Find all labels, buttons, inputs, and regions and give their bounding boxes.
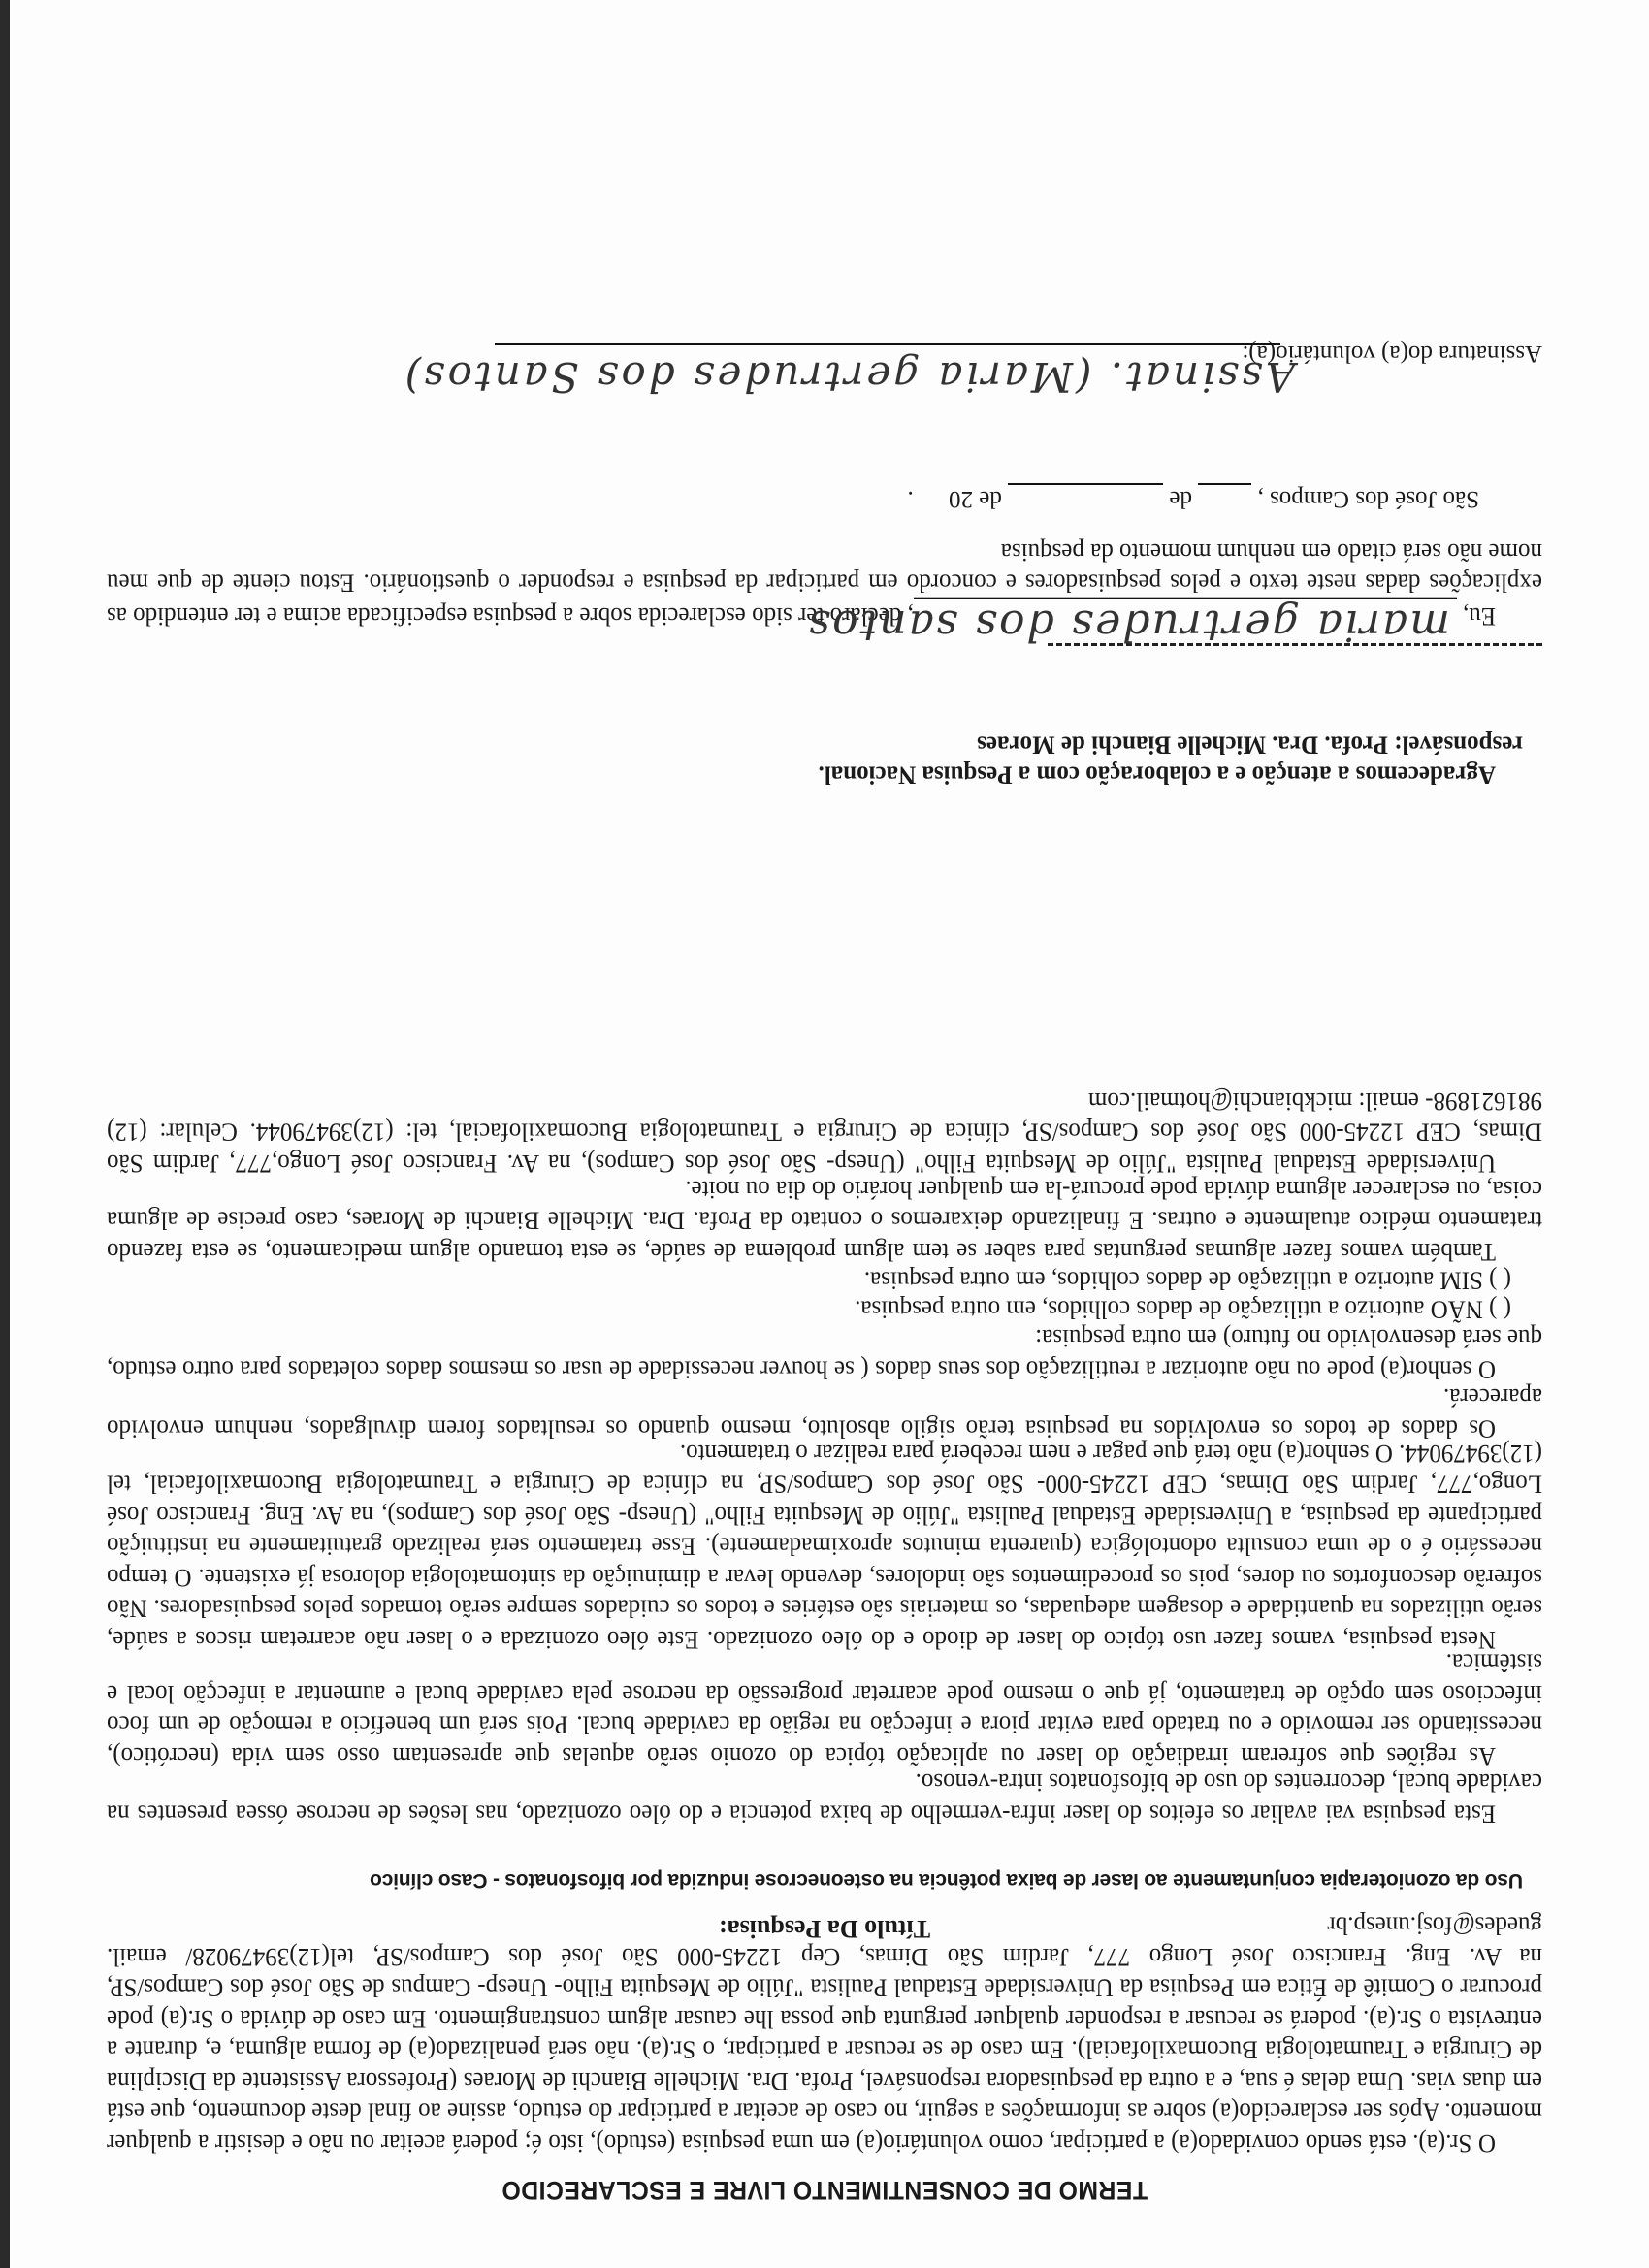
scan-edge <box>0 0 10 2268</box>
body-section: Esta pesquisa vai avaliar os efeitos do … <box>107 1087 1542 1828</box>
signature-line[interactable] <box>495 343 1280 345</box>
consent-option-no-label: NÃO autorizo a utilização de dados colhi… <box>855 1296 1483 1323</box>
consent-option-no[interactable]: ( ) NÃO autorizo a utilização de dados c… <box>107 1293 1542 1324</box>
paragraph-regions: As regiões que sofreram irradiação do la… <box>107 1646 1542 1770</box>
date-de-1: de <box>1169 486 1192 512</box>
paragraph-questions: Também vamos fazer algumas perguntas par… <box>107 1174 1542 1267</box>
consent-option-yes-label: SIM autorizo a utilização de dados colhi… <box>864 1266 1483 1293</box>
responsible-line: responsável: Profa. Dra. Michelle Bianch… <box>107 729 1542 760</box>
paragraph-objective: Esta pesquisa vai avaliar os efeitos do … <box>107 1766 1542 1828</box>
thanks-line: Agradecemos a atenção e a colaboração co… <box>107 759 1542 790</box>
checkbox-yes[interactable]: ( ) <box>1489 1266 1511 1293</box>
date-end: . <box>908 486 914 512</box>
paragraph-data-reuse: O senhor(a) pode ou não autorizar a reut… <box>107 1322 1542 1384</box>
date-day-field[interactable] <box>1198 483 1251 512</box>
date-city: São José dos Campos , <box>1258 486 1479 512</box>
date-month-field[interactable] <box>1008 483 1163 512</box>
intro-paragraph: O Sr.(a). está sendo convidado(a) a part… <box>107 1909 1542 2157</box>
checkbox-no[interactable]: ( ) <box>1489 1296 1511 1323</box>
declaration-prefix: Eu, <box>1463 602 1496 630</box>
research-title-label: Título Da Pesquisa: <box>107 1914 1542 1943</box>
handwritten-name: maria gertrudes dos santos <box>807 600 1450 650</box>
handwritten-signature: Assinat. (Maria gertrudes dos Santos) <box>403 353 1295 401</box>
date-line: São José dos Campos , de de 20 . <box>908 483 1479 512</box>
consent-form-page: TERMO DE CONSENTIMENTO LIVRE E ESCLARECI… <box>0 0 1649 2268</box>
paragraph-confidentiality: Os dados de todos os envolvidos na pesqu… <box>107 1381 1542 1443</box>
thanks-block: Agradecemos a atenção e a colaboração co… <box>107 729 1542 789</box>
paragraph-procedure: Nesta pesquisa, vamos fazer uso tópico d… <box>107 1437 1542 1654</box>
research-title: Uso da ozonioterapia conjuntamente ao la… <box>107 1868 1523 1892</box>
date-de-2: de 20 <box>949 486 1002 512</box>
document-title: TERMO DE CONSENTIMENTO LIVRE E ESCLARECI… <box>164 2175 1485 2205</box>
paragraph-contact: Universidade Estadual Paulista "Júlio de… <box>107 1085 1542 1178</box>
consent-option-yes[interactable]: ( ) SIM autorizo a utilização de dados c… <box>107 1264 1542 1295</box>
